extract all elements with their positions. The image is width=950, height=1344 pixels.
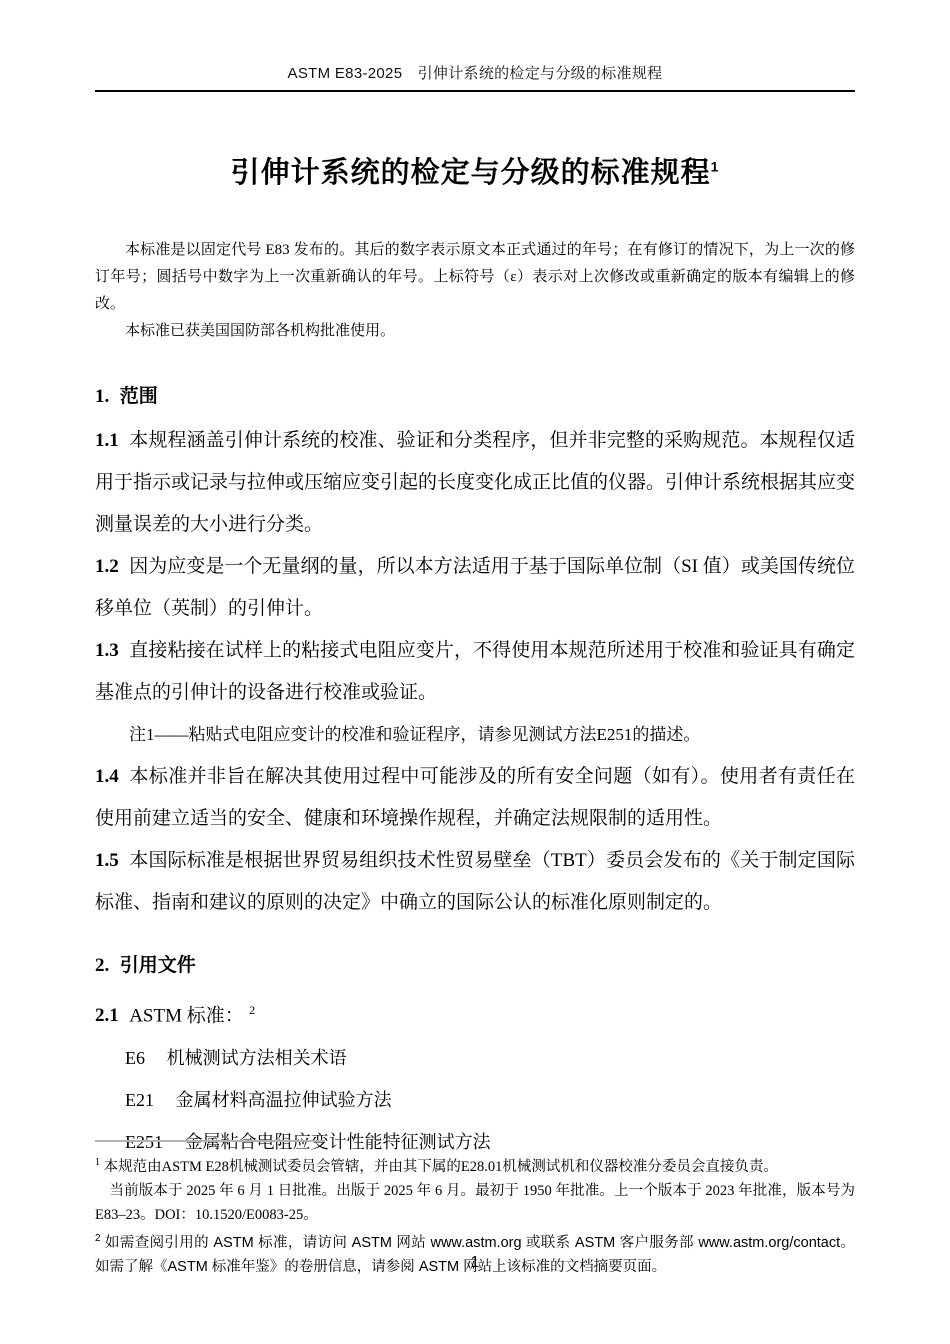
reference-title: 金属材料高温拉伸试验方法 [176, 1090, 392, 1110]
footnote-2-marker: 2 [95, 1233, 101, 1244]
section-2-number: 2. [95, 955, 109, 976]
clause-1-1: 1.1本规程涵盖引伸计系统的校准、验证和分类程序，但并非完整的采购规范。本规程仅… [95, 420, 855, 546]
clause-2-1-text: ASTM 标准： [129, 1005, 244, 1026]
running-header-text: ASTM E83-2025 引伸计系统的检定与分级的标准规程 [288, 65, 663, 82]
reference-code: E6 [125, 1048, 145, 1068]
footnote-1: 1 本规范由ASTM E28机械测试委员会管辖，并由其下属的E28.01机械测试… [95, 1151, 855, 1179]
clause-1-1-text: 本规程涵盖引伸计系统的校准、验证和分类程序，但并非完整的采购规范。本规程仅适用于… [95, 430, 855, 535]
page-title-text: 引伸计系统的检定与分级的标准规程 [231, 157, 711, 189]
intro-paragraph-1: 本标准是以固定代号 E83 发布的。其后的数字表示原文本正式通过的年号；在有修订… [95, 237, 855, 318]
clause-1-2: 1.2因为应变是一个无量纲的量，所以本方法适用于基于国际单位制（SI 值）或美国… [95, 546, 855, 630]
clause-1-4-number: 1.4 [95, 766, 119, 787]
footnote-divider [95, 1140, 325, 1142]
clause-1-3: 1.3直接粘接在试样上的粘接式电阻应变片，不得使用本规范所述用于校准和验证具有确… [95, 630, 855, 714]
clause-2-1-number: 2.1 [95, 1005, 119, 1026]
intro-paragraph-2: 本标准已获美国国防部各机构批准使用。 [95, 318, 855, 345]
footnote-1-marker: 1 [95, 1157, 100, 1168]
clause-1-3-number: 1.3 [95, 640, 119, 661]
section-1-heading: 1.范围 [95, 381, 855, 408]
clause-2-1: 2.1ASTM 标准：2 [95, 989, 855, 1037]
clause-1-2-text: 因为应变是一个无量纲的量，所以本方法适用于基于国际单位制（SI 值）或美国传统位… [95, 556, 855, 619]
page-number: 1 [0, 1254, 950, 1272]
title-footnote-marker: 1 [711, 158, 720, 174]
footnote-1-continuation: 当前版本于 2025 年 6 月 1 日批准。出版于 2025 年 6 月。最初… [95, 1179, 855, 1227]
section-2-body: 2.1ASTM 标准：2 E6机械测试方法相关术语 E21金属材料高温拉伸试验方… [95, 989, 855, 1163]
clause-1-1-number: 1.1 [95, 430, 119, 451]
note-1: 注1——粘贴式电阻应变计的校准和验证程序，请参见测试方法E251的描述。 [95, 714, 855, 756]
intro-block: 本标准是以固定代号 E83 发布的。其后的数字表示原文本正式通过的年号；在有修订… [95, 237, 855, 345]
clause-1-4: 1.4本标准并非旨在解决其使用过程中可能涉及的所有安全问题（如有）。使用者有责任… [95, 756, 855, 840]
document-page: ASTM E83-2025 引伸计系统的检定与分级的标准规程 引伸计系统的检定与… [0, 0, 950, 1344]
section-2-title: 引用文件 [120, 955, 196, 976]
clause-2-1-footnote-marker: 2 [249, 1003, 255, 1017]
reference-item: E21金属材料高温拉伸试验方法 [125, 1079, 855, 1121]
section-1-body: 1.1本规程涵盖引伸计系统的校准、验证和分类程序，但并非完整的采购规范。本规程仅… [95, 420, 855, 924]
clause-1-2-number: 1.2 [95, 556, 119, 577]
clause-1-5-number: 1.5 [95, 850, 119, 871]
reference-item: E6机械测试方法相关术语 [125, 1037, 855, 1079]
clause-1-4-text: 本标准并非旨在解决其使用过程中可能涉及的所有安全问题（如有）。使用者有责任在使用… [95, 766, 855, 829]
footnote-1-text: 本规范由ASTM E28机械测试委员会管辖，并由其下属的E28.01机械测试机和… [104, 1159, 778, 1175]
clause-1-5-text: 本国际标准是根据世界贸易组织技术性贸易壁垒（TBT）委员会发布的《关于制定国际标… [95, 850, 855, 913]
page-title: 引伸计系统的检定与分级的标准规程1 [95, 150, 855, 191]
clause-1-5: 1.5本国际标准是根据世界贸易组织技术性贸易壁垒（TBT）委员会发布的《关于制定… [95, 840, 855, 924]
header-rule [95, 90, 855, 92]
reference-title: 机械测试方法相关术语 [167, 1048, 347, 1068]
reference-code: E21 [125, 1090, 154, 1110]
clause-1-3-text: 直接粘接在试样上的粘接式电阻应变片，不得使用本规范所述用于校准和验证具有确定基准… [95, 640, 855, 703]
section-1-title: 范围 [120, 386, 158, 407]
running-header: ASTM E83-2025 引伸计系统的检定与分级的标准规程 [95, 0, 855, 83]
section-2-heading: 2.引用文件 [95, 950, 855, 977]
section-1-number: 1. [95, 386, 109, 407]
